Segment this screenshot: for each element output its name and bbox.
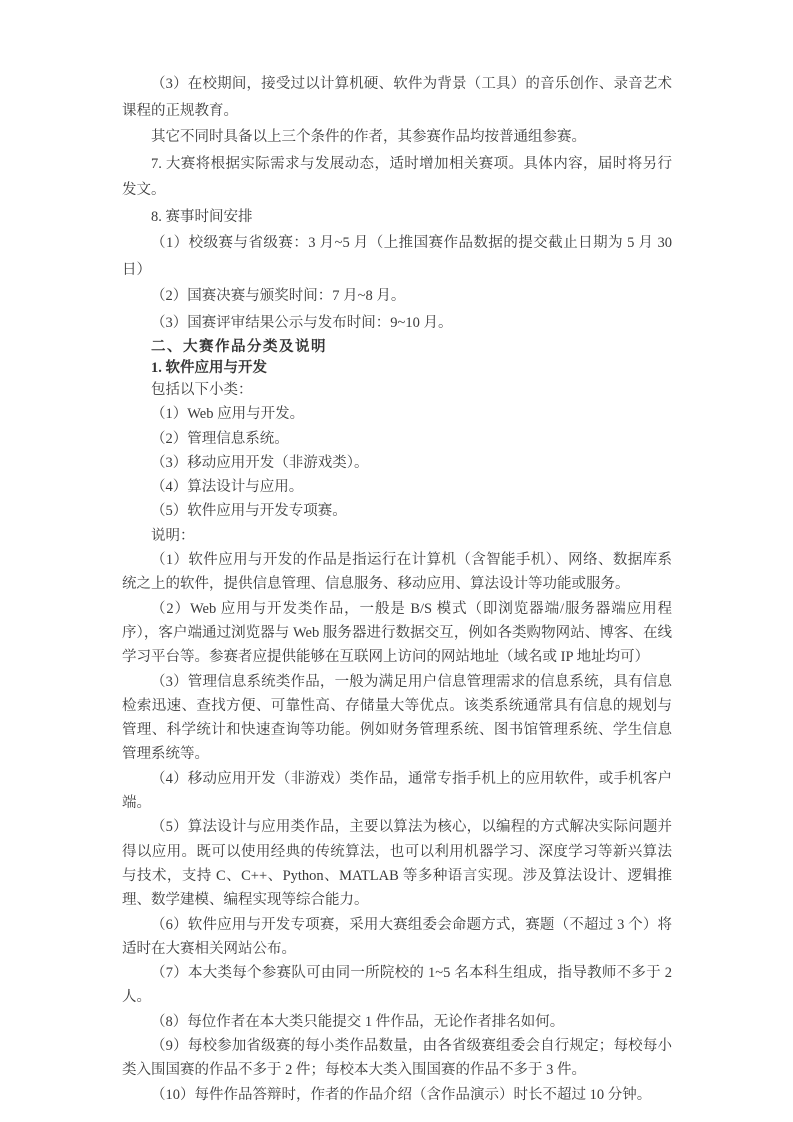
paragraph-schedule-3: （3）国赛评审结果公示与发布时间：9~10 月。 <box>122 310 672 337</box>
paragraph-note-4: （4）移动应用开发（非游戏）类作品，通常专指手机上的应用软件，或手机客户端。 <box>122 767 672 816</box>
paragraph-note-8: （8）每位作者在本大类只能提交 1 件作品，无论作者排名如何。 <box>122 1010 672 1034</box>
paragraph-music-education: （3）在校期间，接受过以计算机硬、软件为背景（工具）的音乐创作、录音艺术课程的正… <box>122 71 672 124</box>
paragraph-notes-label: 说明： <box>122 524 672 548</box>
document-page: （3）在校期间，接受过以计算机硬、软件为背景（工具）的音乐创作、录音艺术课程的正… <box>0 0 793 1122</box>
paragraph-note-10: （10）每件作品答辩时，作者的作品介绍（含作品演示）时长不超过 10 分钟。 <box>122 1083 672 1107</box>
paragraph-subcategory-intro: 包括以下小类： <box>122 378 672 402</box>
paragraph-schedule-2: （2）国赛决赛与颁奖时间：7 月~8 月。 <box>122 283 672 310</box>
paragraph-note-5: （5）算法设计与应用类作品，主要以算法为核心，以编程的方式解决实际问题并得以应用… <box>122 815 672 912</box>
paragraph-note-7: （7）本大类每个参赛队可由同一所院校的 1~5 名本科生组成，指导教师不多于 2… <box>122 961 672 1010</box>
list-item-subcategory-3: （3）移动应用开发（非游戏类）。 <box>122 451 672 475</box>
subsection-heading-1-software: 1. 软件应用与开发 <box>122 358 672 378</box>
section-heading-2: 二、大赛作品分类及说明 <box>122 336 672 358</box>
paragraph-note-1: （1）软件应用与开发的作品是指运行在计算机（含智能手机）、网络、数据库系统之上的… <box>122 548 672 597</box>
document-body: （3）在校期间，接受过以计算机硬、软件为背景（工具）的音乐创作、录音艺术课程的正… <box>122 71 672 1107</box>
paragraph-note-9: （9）每校参加省级赛的每小类作品数量，由各省级赛组委会自行规定；每校每小类入围国… <box>122 1034 672 1083</box>
paragraph-note-6: （6）软件应用与开发专项赛，采用大赛组委会命题方式，赛题（不超过 3 个）将适时… <box>122 913 672 962</box>
list-item-subcategory-4: （4）算法设计与应用。 <box>122 475 672 499</box>
paragraph-item-8-schedule: 8. 赛事时间安排 <box>122 204 672 231</box>
paragraph-other-authors: 其它不同时具备以上三个条件的作者，其参赛作品均按普通组参赛。 <box>122 124 672 151</box>
paragraph-note-2: （2）Web 应用与开发类作品，一般是 B/S 模式（即浏览器端/服务器端应用程… <box>122 597 672 670</box>
list-item-subcategory-2: （2）管理信息系统。 <box>122 427 672 451</box>
paragraph-schedule-1: （1）校级赛与省级赛：3 月~5 月（上推国赛作品数据的提交截止日期为 5 月 … <box>122 230 672 283</box>
list-item-subcategory-1: （1）Web 应用与开发。 <box>122 402 672 426</box>
paragraph-item-7: 7. 大赛将根据实际需求与发展动态，适时增加相关赛项。具体内容，届时将另行发文。 <box>122 151 672 204</box>
list-item-subcategory-5: （5）软件应用与开发专项赛。 <box>122 499 672 523</box>
paragraph-note-3: （3）管理信息系统类作品，一般为满足用户信息管理需求的信息系统，具有信息检索迅速… <box>122 670 672 767</box>
